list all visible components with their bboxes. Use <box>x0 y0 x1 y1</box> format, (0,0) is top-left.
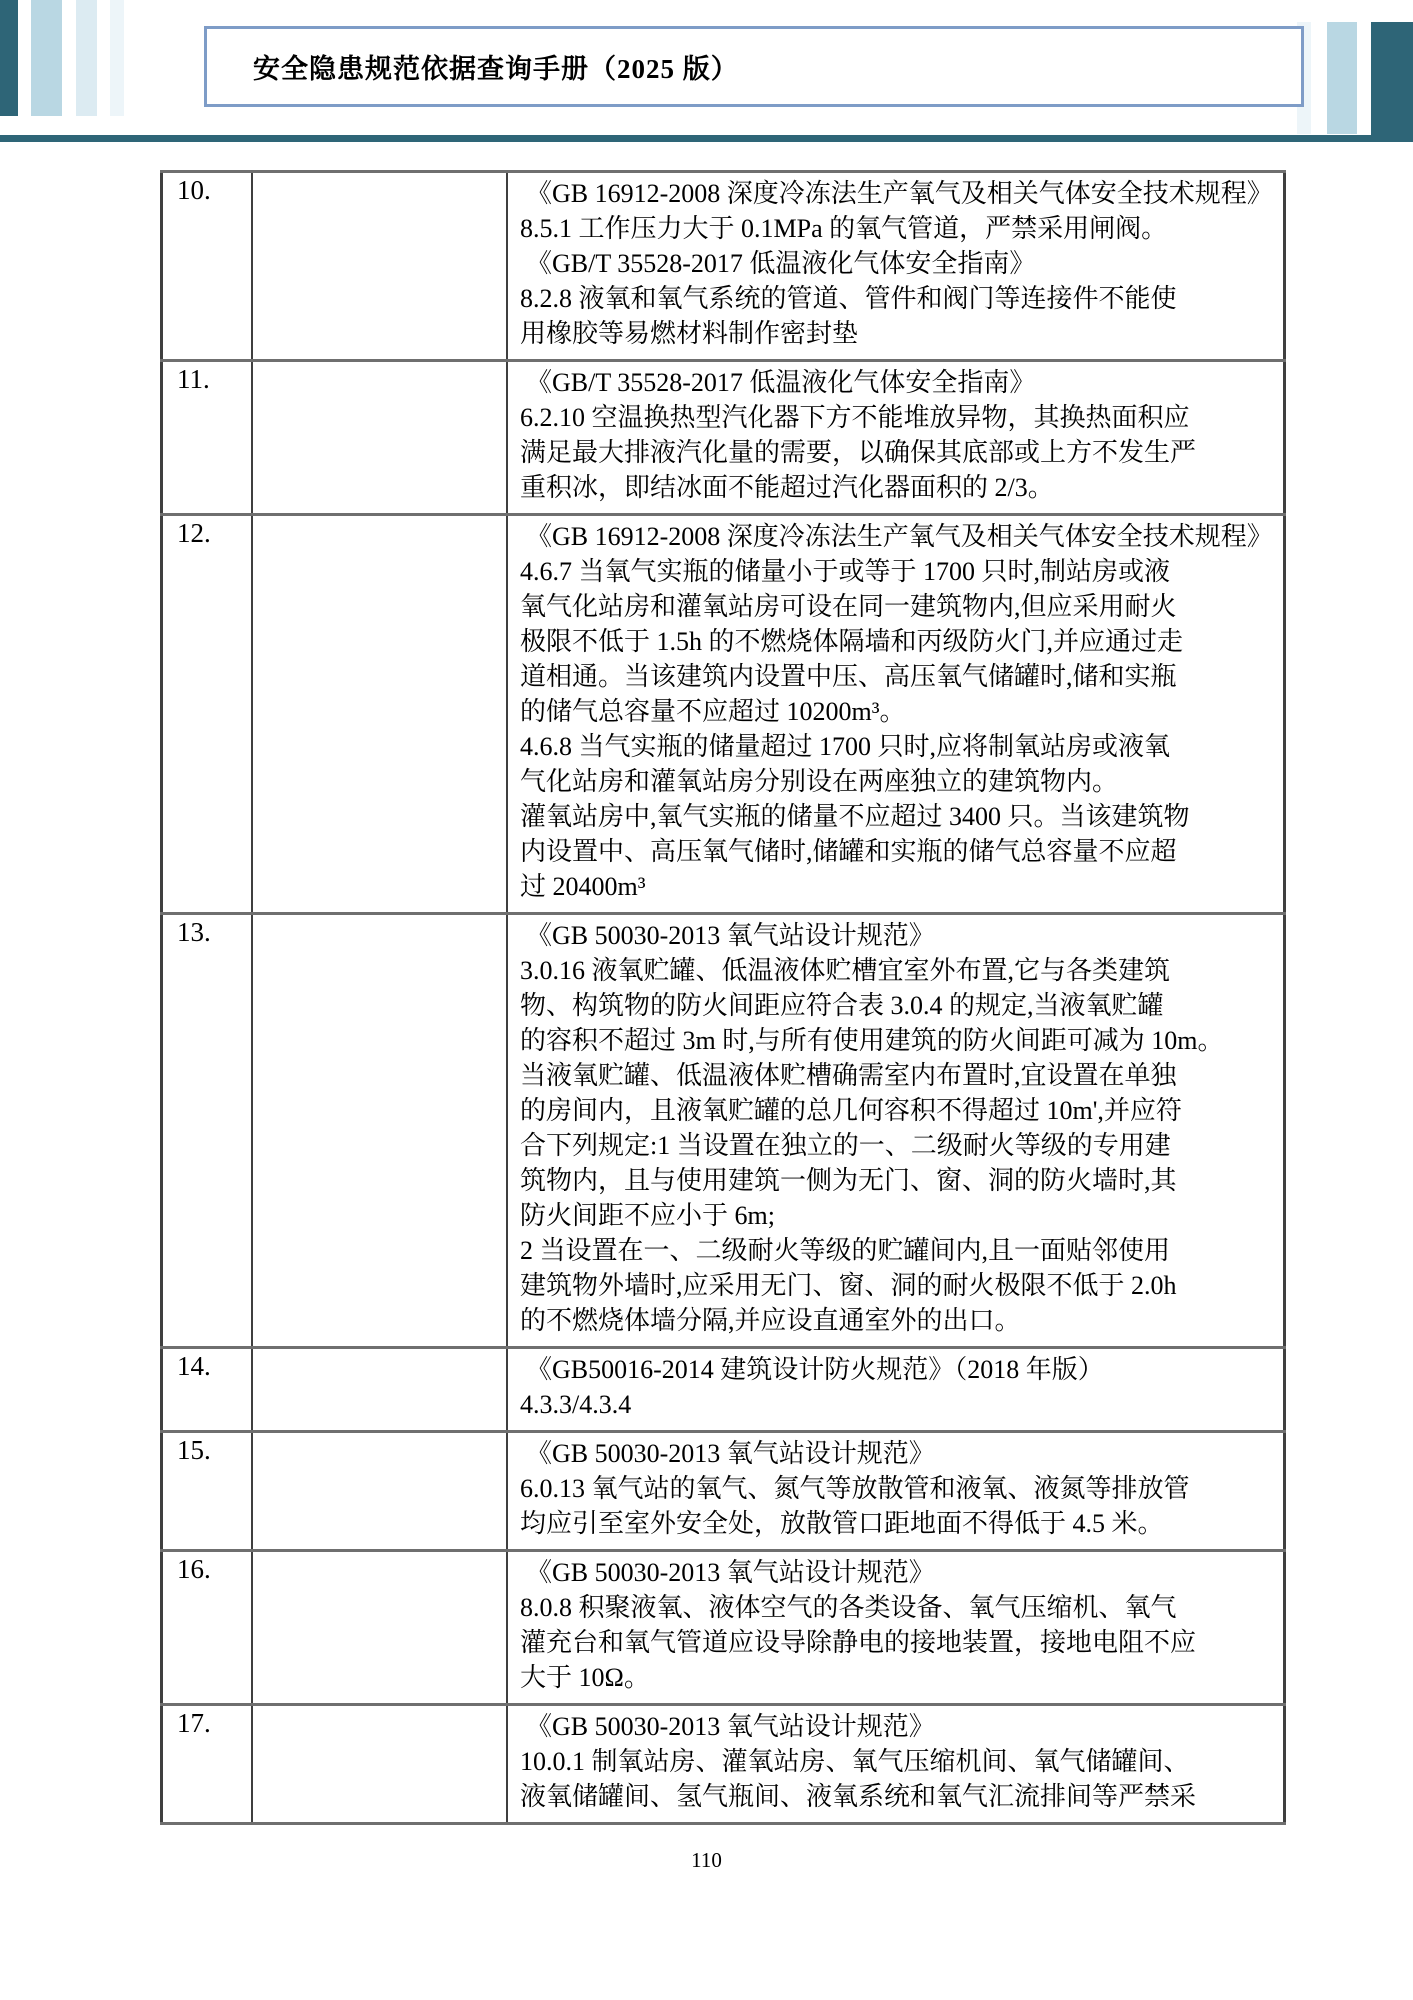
text-line: 满足最大排液汽化量的需要，以确保其底部或上方不发生严 <box>520 435 1277 470</box>
text-line: 气化站房和灌氧站房分别设在两座独立的建筑物内。 <box>520 764 1277 799</box>
page-number: 110 <box>0 1848 1413 1873</box>
decor-bar-right-dark <box>1371 22 1413 142</box>
row-empty-cell <box>252 361 507 515</box>
text-line: 8.2.8 液氧和氧气系统的管道、管件和阀门等连接件不能使 <box>520 281 1277 316</box>
table-row: 11. 《GB/T 35528-2017 低温液化气体安全指南》6.2.10 空… <box>162 361 1285 515</box>
decor-bar-right-medium <box>1327 22 1357 134</box>
row-number-cell: 17. <box>162 1705 253 1824</box>
row-empty-cell <box>252 1551 507 1705</box>
row-text-cell: 《GB 50030-2013 氧气站设计规范》3.0.16 液氧贮罐、低温液体贮… <box>507 914 1285 1348</box>
text-line: 《GB 50030-2013 氧气站设计规范》 <box>520 1709 1277 1744</box>
header-rule <box>0 135 1413 142</box>
decor-bar-left-light <box>76 0 97 116</box>
table-row: 10. 《GB 16912-2008 深度冷冻法生产氧气及相关气体安全技术规程》… <box>162 172 1285 361</box>
text-line: 4.6.7 当氧气实瓶的储量小于或等于 1700 只时,制站房或液 <box>520 554 1277 589</box>
text-line: 的房间内，且液氧贮罐的总几何容积不得超过 10m',并应符 <box>520 1093 1277 1128</box>
text-line: 6.0.13 氧气站的氧气、氮气等放散管和液氧、液氮等排放管 <box>520 1471 1277 1506</box>
row-text-cell: 《GB 16912-2008 深度冷冻法生产氧气及相关气体安全技术规程》8.5.… <box>507 172 1285 361</box>
text-line: 大于 10Ω。 <box>520 1660 1277 1695</box>
decor-bar-left-medium <box>31 0 62 116</box>
text-line: 《GB 16912-2008 深度冷冻法生产氧气及相关气体安全技术规程》 <box>520 176 1277 211</box>
text-line: 内设置中、高压氧气储时,储罐和实瓶的储气总容量不应超 <box>520 834 1277 869</box>
text-line: 8.0.8 积聚液氧、液体空气的各类设备、氧气压缩机、氧气 <box>520 1590 1277 1625</box>
text-line: 当液氧贮罐、低温液体贮槽确需室内布置时,宜设置在单独 <box>520 1058 1277 1093</box>
row-text-cell: 《GB 50030-2013 氧气站设计规范》6.0.13 氧气站的氧气、氮气等… <box>507 1432 1285 1551</box>
table-row: 17. 《GB 50030-2013 氧气站设计规范》10.0.1 制氧站房、灌… <box>162 1705 1285 1824</box>
text-line: 《GB 50030-2013 氧气站设计规范》 <box>520 1436 1277 1471</box>
text-line: 3.0.16 液氧贮罐、低温液体贮槽宜室外布置,它与各类建筑 <box>520 953 1277 988</box>
row-number-cell: 16. <box>162 1551 253 1705</box>
row-text-cell: 《GB50016-2014 建筑设计防火规范》（2018 年版）4.3.3/4.… <box>507 1348 1285 1432</box>
text-line: 灌充台和氧气管道应设导除静电的接地装置，接地电阻不应 <box>520 1625 1277 1660</box>
text-line: 灌氧站房中,氧气实瓶的储量不应超过 3400 只。当该建筑物 <box>520 799 1277 834</box>
row-text-cell: 《GB 50030-2013 氧气站设计规范》8.0.8 积聚液氧、液体空气的各… <box>507 1551 1285 1705</box>
row-empty-cell <box>252 1705 507 1824</box>
row-text-cell: 《GB 16912-2008 深度冷冻法生产氧气及相关气体安全技术规程》4.6.… <box>507 515 1285 914</box>
text-line: 《GB 50030-2013 氧气站设计规范》 <box>520 918 1277 953</box>
text-line: 重积冰，即结冰面不能超过汽化器面积的 2/3。 <box>520 470 1277 505</box>
row-text-cell: 《GB 50030-2013 氧气站设计规范》10.0.1 制氧站房、灌氧站房、… <box>507 1705 1285 1824</box>
text-line: 建筑物外墙时,应采用无门、窗、洞的耐火极限不低于 2.0h <box>520 1268 1277 1303</box>
row-empty-cell <box>252 914 507 1348</box>
row-empty-cell <box>252 1432 507 1551</box>
row-number-cell: 12. <box>162 515 253 914</box>
text-line: 8.5.1 工作压力大于 0.1MPa 的氧气管道，严禁采用闸阀。 <box>520 211 1277 246</box>
text-line: 4.3.3/4.3.4 <box>520 1387 1277 1422</box>
decor-bar-left-faint <box>110 0 124 116</box>
decor-bar-left-dark <box>0 0 18 116</box>
text-line: 极限不低于 1.5h 的不燃烧体隔墙和丙级防火门,并应通过走 <box>520 624 1277 659</box>
text-line: 过 20400m³ <box>520 869 1277 904</box>
table-row: 14. 《GB50016-2014 建筑设计防火规范》（2018 年版）4.3.… <box>162 1348 1285 1432</box>
table-row: 16. 《GB 50030-2013 氧气站设计规范》8.0.8 积聚液氧、液体… <box>162 1551 1285 1705</box>
text-line: 道相通。当该建筑内设置中压、高压氧气储罐时,储和实瓶 <box>520 659 1277 694</box>
regulation-table: 10. 《GB 16912-2008 深度冷冻法生产氧气及相关气体安全技术规程》… <box>160 170 1286 1825</box>
text-line: 6.2.10 空温换热型汽化器下方不能堆放异物，其换热面积应 <box>520 400 1277 435</box>
row-empty-cell <box>252 1348 507 1432</box>
text-line: 2 当设置在一、二级耐火等级的贮罐间内,且一面贴邻使用 <box>520 1233 1277 1268</box>
text-line: 《GB/T 35528-2017 低温液化气体安全指南》 <box>520 365 1277 400</box>
text-line: 《GB50016-2014 建筑设计防火规范》（2018 年版） <box>520 1352 1277 1387</box>
row-number-cell: 10. <box>162 172 253 361</box>
document-page: 安全隐患规范依据查询手册（2025 版） 10. 《GB 16912-2008 … <box>0 0 1413 2000</box>
text-line: 《GB 50030-2013 氧气站设计规范》 <box>520 1555 1277 1590</box>
text-line: 氧气化站房和灌氧站房可设在同一建筑物内,但应采用耐火 <box>520 589 1277 624</box>
row-text-cell: 《GB/T 35528-2017 低温液化气体安全指南》6.2.10 空温换热型… <box>507 361 1285 515</box>
page-title: 安全隐患规范依据查询手册（2025 版） <box>207 47 739 86</box>
text-line: 《GB 16912-2008 深度冷冻法生产氧气及相关气体安全技术规程》 <box>520 519 1277 554</box>
text-line: 防火间距不应小于 6m; <box>520 1198 1277 1233</box>
row-number-cell: 15. <box>162 1432 253 1551</box>
text-line: 的不燃烧体墙分隔,并应设直通室外的出口。 <box>520 1303 1277 1338</box>
row-number-cell: 14. <box>162 1348 253 1432</box>
row-number-cell: 13. <box>162 914 253 1348</box>
text-line: 物、构筑物的防火间距应符合表 3.0.4 的规定,当液氧贮罐 <box>520 988 1277 1023</box>
text-line: 的储气总容量不应超过 10200m³。 <box>520 694 1277 729</box>
text-line: 合下列规定:1 当设置在独立的一、二级耐火等级的专用建 <box>520 1128 1277 1163</box>
text-line: 的容积不超过 3m 时,与所有使用建筑的防火间距可减为 10m。 <box>520 1023 1277 1058</box>
table-row: 12. 《GB 16912-2008 深度冷冻法生产氧气及相关气体安全技术规程》… <box>162 515 1285 914</box>
table-row: 13. 《GB 50030-2013 氧气站设计规范》3.0.16 液氧贮罐、低… <box>162 914 1285 1348</box>
text-line: 液氧储罐间、氢气瓶间、液氧系统和氧气汇流排间等严禁采 <box>520 1779 1277 1814</box>
text-line: 《GB/T 35528-2017 低温液化气体安全指南》 <box>520 246 1277 281</box>
table-row: 15. 《GB 50030-2013 氧气站设计规范》6.0.13 氧气站的氧气… <box>162 1432 1285 1551</box>
text-line: 筑物内，且与使用建筑一侧为无门、窗、洞的防火墙时,其 <box>520 1163 1277 1198</box>
page-header-title-box: 安全隐患规范依据查询手册（2025 版） <box>204 26 1304 107</box>
text-line: 4.6.8 当气实瓶的储量超过 1700 只时,应将制氧站房或液氧 <box>520 729 1277 764</box>
row-empty-cell <box>252 172 507 361</box>
row-empty-cell <box>252 515 507 914</box>
text-line: 用橡胶等易燃材料制作密封垫 <box>520 316 1277 351</box>
text-line: 均应引至室外安全处，放散管口距地面不得低于 4.5 米。 <box>520 1506 1277 1541</box>
text-line: 10.0.1 制氧站房、灌氧站房、氧气压缩机间、氧气储罐间、 <box>520 1744 1277 1779</box>
row-number-cell: 11. <box>162 361 253 515</box>
